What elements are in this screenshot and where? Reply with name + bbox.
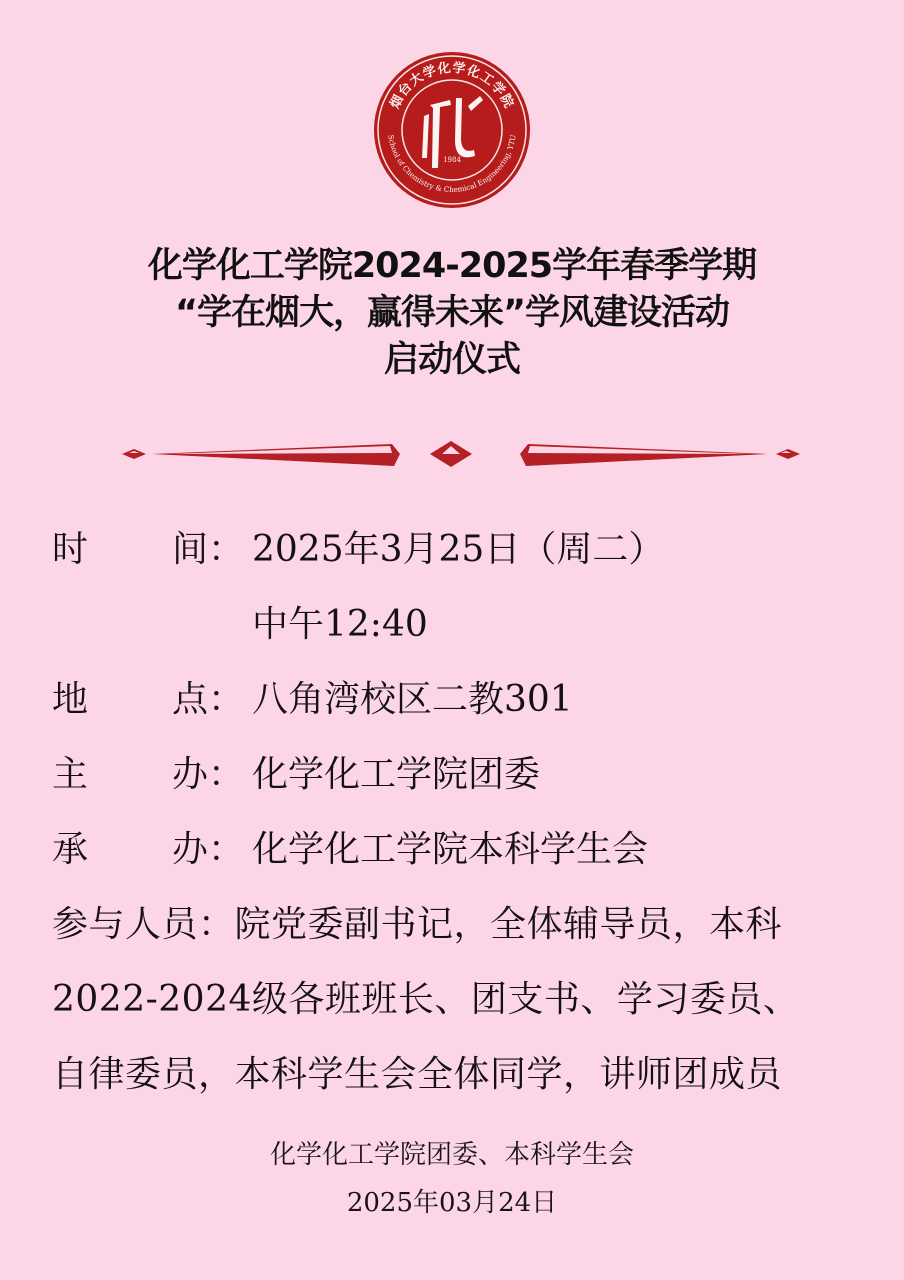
footer-issuer: 化学化工学院团委、本科学生会	[0, 1134, 904, 1171]
issue-date-text: 2025年03月24日	[0, 1182, 904, 1219]
host-label-b: 办：	[172, 751, 244, 799]
footer-date: 2025年03月24日	[0, 1182, 904, 1219]
time-label-a: 时	[52, 526, 88, 574]
ornamental-divider	[110, 432, 810, 476]
time-label-b: 间：	[172, 526, 244, 574]
time-value-2: 中午12:40	[252, 601, 428, 649]
title-line-3: 启动仪式	[0, 337, 904, 384]
time-value: 2025年3月25日（周二）	[252, 526, 664, 574]
place-value: 八角湾校区二教301	[252, 676, 573, 724]
svg-text:1984: 1984	[443, 156, 461, 164]
participants-line-2: 2022-2024级各班班长、团支书、学习委员、	[52, 976, 799, 1024]
organizer-value: 化学化工学院本科学生会	[252, 826, 648, 874]
event-title: 化学化工学院2024-2025学年春季学期 “学在烟大，赢得未来”学风建设活动 …	[0, 243, 904, 384]
title-line-1: 化学化工学院2024-2025学年春季学期	[0, 243, 904, 290]
participants-line-3: 自律委员，本科学生会全体同学，讲师团成员	[52, 1051, 782, 1099]
host-label-a: 主	[52, 751, 88, 799]
organizer-label-a: 承	[52, 826, 88, 874]
host-value: 化学化工学院团委	[252, 751, 540, 799]
issuer-text: 化学化工学院团委、本科学生会	[0, 1134, 904, 1171]
place-label-a: 地	[52, 676, 88, 724]
college-emblem-logo: 烟台大学化学化工学院 School of Chemistry & Chemica…	[372, 50, 532, 210]
place-label-b: 点：	[172, 676, 244, 724]
organizer-label-b: 办：	[172, 826, 244, 874]
participants-line-1: 参与人员：院党委副书记，全体辅导员，本科	[52, 901, 782, 949]
title-line-2: “学在烟大，赢得未来”学风建设活动	[0, 290, 904, 337]
